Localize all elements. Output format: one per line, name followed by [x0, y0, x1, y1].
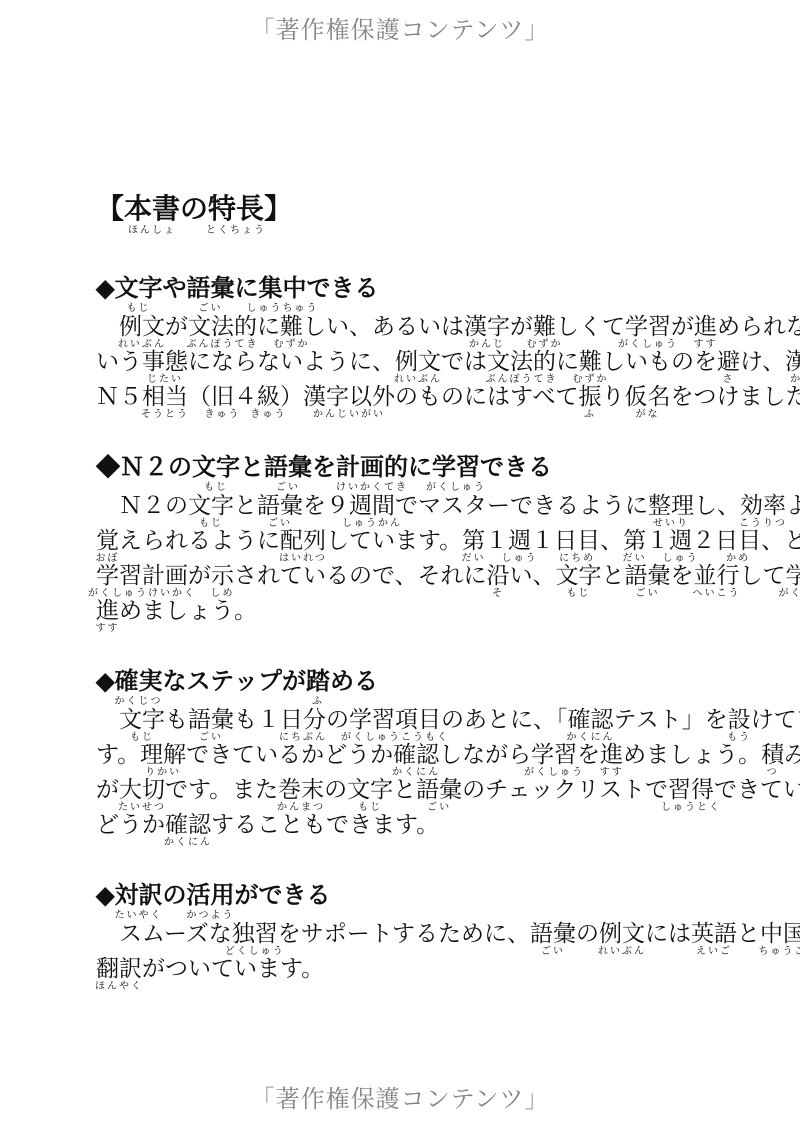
- text-segment: することもできます。: [211, 812, 439, 837]
- base-text: める: [330, 668, 378, 695]
- text-segment: Ｎ２の: [96, 493, 188, 518]
- base-text: （: [188, 383, 211, 409]
- text-line: 翻訳ほんやくがついています。: [96, 956, 744, 991]
- text-segment: のあとに、「: [441, 707, 568, 732]
- base-text: ）: [280, 383, 303, 409]
- base-text: 文字: [114, 275, 162, 302]
- text-segment: 確認かくにん: [568, 707, 614, 732]
- text-segment: める: [330, 669, 378, 695]
- base-text: 振: [579, 383, 602, 409]
- base-text: が: [188, 562, 211, 588]
- base-text: り: [602, 383, 625, 409]
- base-text: ◆: [96, 275, 114, 302]
- text-segment: ができる: [234, 883, 330, 909]
- text-segment: と: [737, 921, 760, 946]
- text-segment: ◆: [96, 276, 114, 302]
- base-text: 確実: [114, 668, 162, 695]
- text-segment: [96, 707, 119, 732]
- base-text: ◆: [96, 882, 114, 909]
- base-text: よく: [786, 492, 800, 518]
- text-segment: 示しめ: [211, 563, 234, 588]
- text-segment: み: [784, 742, 800, 767]
- text-segment: け、: [740, 349, 785, 374]
- base-text: 語彙: [625, 562, 671, 588]
- base-text: が: [165, 313, 188, 339]
- text-segment: 避さ: [717, 349, 740, 374]
- furigana: ふ: [584, 409, 596, 420]
- base-text: 活用: [186, 882, 234, 909]
- text-segment: の: [180, 194, 208, 224]
- text-segment: が: [96, 777, 119, 802]
- text-segment: 語彙ごい: [257, 493, 303, 518]
- base-text: 日目: [715, 527, 761, 553]
- text-segment: しくて: [556, 314, 625, 339]
- text-line: 進すすめましょう。: [96, 598, 744, 633]
- text-segment: 週しゅう: [508, 528, 531, 553]
- base-text: 難: [579, 348, 602, 374]
- base-text: 文字: [119, 706, 165, 732]
- base-text: 効率: [740, 492, 786, 518]
- text-segment: ◆: [96, 883, 114, 909]
- base-text: 習得: [668, 776, 714, 802]
- furigana: かくにん: [164, 837, 212, 848]
- base-text: 確認: [393, 741, 439, 767]
- text-segment: できているか: [714, 777, 800, 802]
- text-segment: の: [326, 707, 349, 732]
- text-segment: ◆Ｎ２の: [96, 455, 192, 481]
- base-text: ◆: [96, 668, 114, 695]
- base-text: ４: [234, 383, 257, 409]
- text-segment: 対訳たいやく: [114, 883, 162, 909]
- furigana: へいこう: [693, 588, 741, 599]
- base-text: 例文: [599, 920, 645, 946]
- title-text: 【本書ほんしょの特長とくちょう】: [96, 194, 744, 240]
- base-text: することもできます。: [211, 811, 439, 837]
- text-segment: 例文れいぶん: [599, 921, 645, 946]
- base-text: ◆Ｎ２の: [96, 454, 192, 481]
- base-text: Ｎ５: [96, 383, 142, 409]
- base-text: 例文: [119, 313, 165, 339]
- text-segment: 学習がくしゅう: [531, 742, 577, 767]
- copyright-protected-notice-bottom: 「著作権保護コンテンツ」: [0, 1085, 800, 1115]
- text-segment: 文法的ぶんぽうてき: [487, 349, 556, 374]
- base-text: 【: [96, 193, 124, 224]
- base-text: 漢字: [785, 348, 800, 374]
- text-segment: （: [188, 384, 211, 409]
- base-text: と: [602, 562, 625, 588]
- furigana: きゅう: [251, 409, 287, 420]
- base-text: 学習計画: [96, 562, 188, 588]
- text-segment: と: [393, 777, 416, 802]
- text-segment: なステップが: [162, 669, 306, 695]
- text-segment: しいものを: [602, 349, 717, 374]
- text-segment: めましょう。: [119, 598, 257, 623]
- base-text: 文字: [188, 492, 234, 518]
- base-text: されているので、それに: [234, 562, 487, 588]
- text-segment: 本書ほんしょ: [124, 194, 180, 224]
- base-text: 翻訳: [96, 955, 142, 981]
- page-title: 【本書ほんしょの特長とくちょう】: [96, 194, 744, 240]
- text-line: どうか確認かくにんすることもできます。: [96, 812, 744, 847]
- base-text: １: [646, 527, 669, 553]
- text-segment: し、: [694, 493, 740, 518]
- text-segment: 語彙ごい: [625, 563, 671, 588]
- text-line: 覚おぼえられるように配列はいれつしています。第だい１週しゅう１日目にちめ、第だい…: [96, 528, 744, 563]
- base-text: 学習: [531, 741, 577, 767]
- furigana: かんじいがい: [313, 409, 385, 420]
- base-text: の: [326, 706, 349, 732]
- base-text: １: [485, 527, 508, 553]
- base-text: しくて: [556, 313, 625, 339]
- text-segment: 学習がくしゅう: [786, 563, 800, 588]
- furigana: ごい: [636, 588, 660, 599]
- base-text: 独習: [232, 920, 278, 946]
- furigana: そ: [492, 588, 504, 599]
- text-segment: に: [234, 276, 258, 302]
- base-text: 沿: [487, 562, 510, 588]
- text-segment: ４: [234, 384, 257, 409]
- text-segment: 積つ: [761, 742, 784, 767]
- furigana: すす: [95, 623, 119, 634]
- base-text: 文法的: [188, 313, 257, 339]
- base-text: が: [96, 776, 119, 802]
- text-segment: 英語えいご: [691, 921, 737, 946]
- text-segment: に: [257, 314, 280, 339]
- base-text: 配列: [280, 527, 326, 553]
- base-text: 並行: [694, 562, 740, 588]
- base-text: 避: [717, 348, 740, 374]
- furigana: ほんしょ: [128, 225, 176, 236]
- text-segment: をサポートするために、: [278, 921, 530, 946]
- feature-section: ◆確実かくじつなステップが踏ふめる 文字もじも語彙ごいも１日分にちぶんの学習項目…: [96, 669, 744, 847]
- text-segment: を: [671, 563, 694, 588]
- text-segment: 第だい: [623, 528, 646, 553]
- base-text: めましょう。: [623, 741, 761, 767]
- base-text: 漢字以外: [303, 383, 395, 409]
- base-text: では: [441, 348, 487, 374]
- text-segment: 語彙ごい: [264, 455, 312, 481]
- text-segment: と: [240, 455, 264, 481]
- base-text: 日分: [280, 706, 326, 732]
- text-segment: 難むずか: [579, 349, 602, 374]
- base-text: めましょう。: [119, 597, 257, 623]
- base-text: しています。: [326, 527, 462, 553]
- text-segment: けていま: [751, 707, 800, 732]
- base-text: 難: [280, 313, 303, 339]
- base-text: 覚: [96, 527, 119, 553]
- furigana: ごい: [541, 946, 565, 957]
- section-heading: ◆文字もじや語彙ごいに集中しゅうちゅうできる: [96, 276, 744, 314]
- text-segment: 第だい: [462, 528, 485, 553]
- base-text: １: [531, 527, 554, 553]
- text-segment: 中国語ちゅうごくご: [760, 921, 800, 946]
- furigana: がくしゅう: [779, 588, 800, 599]
- base-text: を: [671, 562, 694, 588]
- furigana: えいご: [696, 946, 732, 957]
- text-segment: 例文れいぶん: [119, 314, 165, 339]
- base-text: がついています。: [142, 955, 324, 981]
- text-segment: 】: [264, 194, 292, 224]
- base-text: できているか: [714, 776, 800, 802]
- text-segment: 集中しゅうちゅう: [258, 276, 306, 302]
- base-text: のものにはすべて: [395, 383, 579, 409]
- text-segment: しながら: [439, 742, 531, 767]
- base-text: けていま: [751, 706, 800, 732]
- text-segment: 進すす: [96, 598, 119, 623]
- text-segment: えられるように: [119, 528, 280, 553]
- text-segment: めましょう。: [623, 742, 761, 767]
- text-segment: 文字もじ: [188, 493, 234, 518]
- text-segment: して: [740, 563, 786, 588]
- text-segment: 巻末かんまつ: [278, 777, 324, 802]
- base-text: 進: [694, 313, 717, 339]
- base-text: を: [312, 454, 336, 481]
- text-segment: 確認かくにん: [393, 742, 439, 767]
- text-segment: を: [577, 742, 600, 767]
- text-segment: り: [602, 384, 625, 409]
- furigana: もじ: [567, 588, 591, 599]
- text-segment: 活用かつよう: [186, 883, 234, 909]
- text-segment: しい、あるいは: [303, 314, 464, 339]
- base-text: 旧: [211, 383, 234, 409]
- text-segment: が: [188, 563, 211, 588]
- base-text: 整理: [648, 492, 694, 518]
- text-segment: 文法的ぶんぽうてき: [188, 314, 257, 339]
- base-text: のチェックリストで: [462, 776, 668, 802]
- text-segment: の: [162, 883, 186, 909]
- base-text: 学習: [786, 562, 800, 588]
- text-segment: も１: [234, 707, 280, 732]
- text-segment: のチェックリストで: [462, 777, 668, 802]
- base-text: 集中: [258, 275, 306, 302]
- base-text: ２: [692, 527, 715, 553]
- base-text: と: [393, 776, 416, 802]
- base-text: でマスターできるように: [395, 492, 648, 518]
- text-segment: 進すす: [694, 314, 717, 339]
- furigana: ちゅうごくご: [759, 946, 800, 957]
- base-text: と: [737, 920, 760, 946]
- base-text: す。: [96, 741, 140, 767]
- base-text: 確認: [568, 706, 614, 732]
- text-segment: 習得しゅうとく: [668, 777, 714, 802]
- base-text: できる: [480, 454, 552, 481]
- base-text: 文字: [556, 562, 602, 588]
- text-segment: を９: [303, 493, 349, 518]
- base-text: と: [234, 492, 257, 518]
- base-text: 語彙: [186, 275, 234, 302]
- text-segment: と: [234, 493, 257, 518]
- base-text: 計画的: [336, 454, 408, 481]
- base-text: に: [556, 348, 579, 374]
- text-segment: できているかどうか: [186, 742, 393, 767]
- text-segment: 学習がくしゅう: [432, 455, 480, 481]
- text-segment: 特長とくちょう: [208, 194, 264, 224]
- base-text: を９: [303, 492, 349, 518]
- text-segment: テスト」を: [614, 707, 728, 732]
- base-text: に: [408, 454, 432, 481]
- base-text: 学習: [432, 454, 480, 481]
- base-text: み: [784, 741, 800, 767]
- base-text: い、: [510, 562, 556, 588]
- text-segment: にならないように、: [188, 349, 395, 374]
- text-segment: 確実かくじつ: [114, 669, 162, 695]
- text-segment: 漢字かんじ: [464, 314, 510, 339]
- base-text: 踏: [306, 668, 330, 695]
- base-text: の: [324, 776, 347, 802]
- base-text: 巻末: [278, 776, 324, 802]
- text-line: 例文れいぶんが文法的ぶんぽうてきに難むずかしい、あるいは漢字かんじが難むずかしく…: [96, 314, 744, 349]
- base-text: 本書: [124, 193, 180, 224]
- text-segment: 語彙ごい: [530, 921, 576, 946]
- text-line: す。理解りかいできているかどうか確認かくにんしながら学習がくしゅうを進すすめまし…: [96, 742, 744, 777]
- base-text: 学習項目: [349, 706, 441, 732]
- base-text: できる: [306, 275, 378, 302]
- base-text: に: [234, 275, 258, 302]
- base-text: なステップが: [162, 668, 306, 695]
- base-text: をサポートするために、: [278, 920, 530, 946]
- base-text: [96, 706, 119, 732]
- base-text: 週間: [349, 492, 395, 518]
- base-text: 進: [96, 597, 119, 623]
- text-segment: スムーズな: [96, 921, 232, 946]
- text-segment: 文字もじ: [556, 563, 602, 588]
- base-text: [96, 313, 119, 339]
- base-text: 文字: [192, 454, 240, 481]
- base-text: し、: [694, 492, 740, 518]
- base-text: 文字: [347, 776, 393, 802]
- text-segment: 大切たいせつ: [119, 777, 165, 802]
- base-text: 語彙: [257, 492, 303, 518]
- text-line: Ｎ２の文字もじと語彙ごいを９週間しゅうかんでマスターできるように整理せいりし、効…: [96, 493, 744, 528]
- feature-section: ◆文字もじや語彙ごいに集中しゅうちゅうできる 例文れいぶんが文法的ぶんぽうてきに…: [96, 276, 744, 419]
- base-text: 大切: [119, 776, 165, 802]
- text-segment: しています。: [326, 528, 462, 553]
- base-text: が: [671, 313, 694, 339]
- base-text: いう: [96, 348, 142, 374]
- text-segment: １: [485, 528, 508, 553]
- text-segment: 、: [600, 528, 623, 553]
- section-heading: ◆対訳たいやくの活用かつようができる: [96, 883, 744, 921]
- base-text: 語彙: [530, 920, 576, 946]
- base-text: や: [162, 275, 186, 302]
- base-text: のあとに、「: [441, 706, 568, 732]
- text-segment: 事態じたい: [142, 349, 188, 374]
- section-heading: ◆Ｎ２の文字もじと語彙ごいを計画的けいかくてきに学習がくしゅうできる: [96, 455, 744, 493]
- text-segment: では: [441, 349, 487, 374]
- text-segment: 整理せいり: [648, 493, 694, 518]
- text-segment: 振ふ: [579, 384, 602, 409]
- text-segment: 踏ふ: [306, 669, 330, 695]
- base-text: 語彙: [188, 706, 234, 732]
- text-segment: 設もう: [728, 707, 751, 732]
- furigana: きゅう: [205, 409, 241, 420]
- text-segment: を: [312, 455, 336, 481]
- base-text: 事態: [142, 348, 188, 374]
- base-text: しいものを: [602, 348, 717, 374]
- base-text: 特長: [208, 193, 264, 224]
- text-segment: も: [165, 707, 188, 732]
- text-segment: 、と: [761, 528, 800, 553]
- base-text: 学習: [625, 313, 671, 339]
- furigana: ほんやく: [95, 981, 143, 992]
- base-text: も１: [234, 706, 280, 732]
- text-segment: 相当そうとう: [142, 384, 188, 409]
- section-heading: ◆確実かくじつなステップが踏ふめる: [96, 669, 744, 707]
- base-text: に: [257, 313, 280, 339]
- text-segment: 日目にちめ: [554, 528, 600, 553]
- text-segment: 学習項目がくしゅうこうもく: [349, 707, 441, 732]
- base-text: しい、あるいは: [303, 313, 464, 339]
- text-segment: 文字もじ: [347, 777, 393, 802]
- text-segment: められないと: [717, 314, 800, 339]
- base-text: 理解: [140, 741, 186, 767]
- base-text: 、と: [761, 527, 800, 553]
- text-segment: 文字もじ: [114, 276, 162, 302]
- text-segment: 効率こうりつ: [740, 493, 786, 518]
- feature-section: ◆対訳たいやくの活用かつようができる スムーズな独習どくしゅうをサポートするため…: [96, 883, 744, 991]
- text-segment: Ｎ５: [96, 384, 142, 409]
- text-segment: 旧きゅう: [211, 384, 234, 409]
- text-segment: 漢字以外かんじいがい: [303, 384, 395, 409]
- text-segment: 進すす: [600, 742, 623, 767]
- copyright-protected-notice-top: 「著作権保護コンテンツ」: [0, 0, 800, 46]
- base-text: 対訳: [114, 882, 162, 909]
- text-segment: １: [531, 528, 554, 553]
- base-text: が: [510, 313, 533, 339]
- base-text: 、: [600, 527, 623, 553]
- text-segment: 漢字かんじ: [785, 349, 800, 374]
- base-text: ができる: [234, 882, 330, 909]
- text-segment: と: [602, 563, 625, 588]
- base-text: の: [180, 193, 208, 224]
- base-text: 第: [462, 527, 485, 553]
- base-text: 語彙: [416, 776, 462, 802]
- text-line: スムーズな独習どくしゅうをサポートするために、語彙ごいの例文れいぶんには英語えい…: [96, 921, 744, 956]
- base-text: できているかどうか: [186, 741, 393, 767]
- text-segment: や: [162, 276, 186, 302]
- text-segment: ◆: [96, 669, 114, 695]
- base-text: 例文: [395, 348, 441, 374]
- base-text: テスト」を: [614, 706, 728, 732]
- base-text: えられるように: [119, 527, 280, 553]
- text-segment: 級きゅう: [257, 384, 280, 409]
- feature-section: ◆Ｎ２の文字もじと語彙ごいを計画的けいかくてきに学習がくしゅうできる Ｎ２の文字…: [96, 455, 744, 633]
- base-text: 難: [533, 313, 556, 339]
- base-text: 級: [257, 383, 280, 409]
- text-segment: 独習どくしゅう: [232, 921, 278, 946]
- text-segment: できる: [480, 455, 552, 481]
- base-text: にならないように、: [188, 348, 395, 374]
- text-segment: 学習がくしゅう: [625, 314, 671, 339]
- text-segment: 文字もじ: [119, 707, 165, 732]
- text-segment: 難むずか: [280, 314, 303, 339]
- text-segment: 計画的けいかくてき: [336, 455, 408, 481]
- base-text: の: [576, 920, 599, 946]
- text-line: いう事態じたいにならないように、例文れいぶんでは文法的ぶんぽうてきに難むずかしい…: [96, 349, 744, 384]
- furigana: がな: [636, 409, 660, 420]
- text-segment: 難むずか: [533, 314, 556, 339]
- text-segment: 翻訳ほんやく: [96, 956, 142, 981]
- base-text: 示: [211, 562, 234, 588]
- base-text: をつけました。: [671, 383, 800, 409]
- base-text: どうか: [96, 811, 165, 837]
- base-text: 中国語: [760, 920, 800, 946]
- base-text: と: [240, 454, 264, 481]
- base-text: Ｎ２の: [96, 492, 188, 518]
- furigana: しゅうとく: [661, 802, 721, 813]
- text-line: 文字もじも語彙ごいも１日分にちぶんの学習項目がくしゅうこうもくのあとに、「確認か…: [96, 707, 744, 742]
- base-text: 週: [669, 527, 692, 553]
